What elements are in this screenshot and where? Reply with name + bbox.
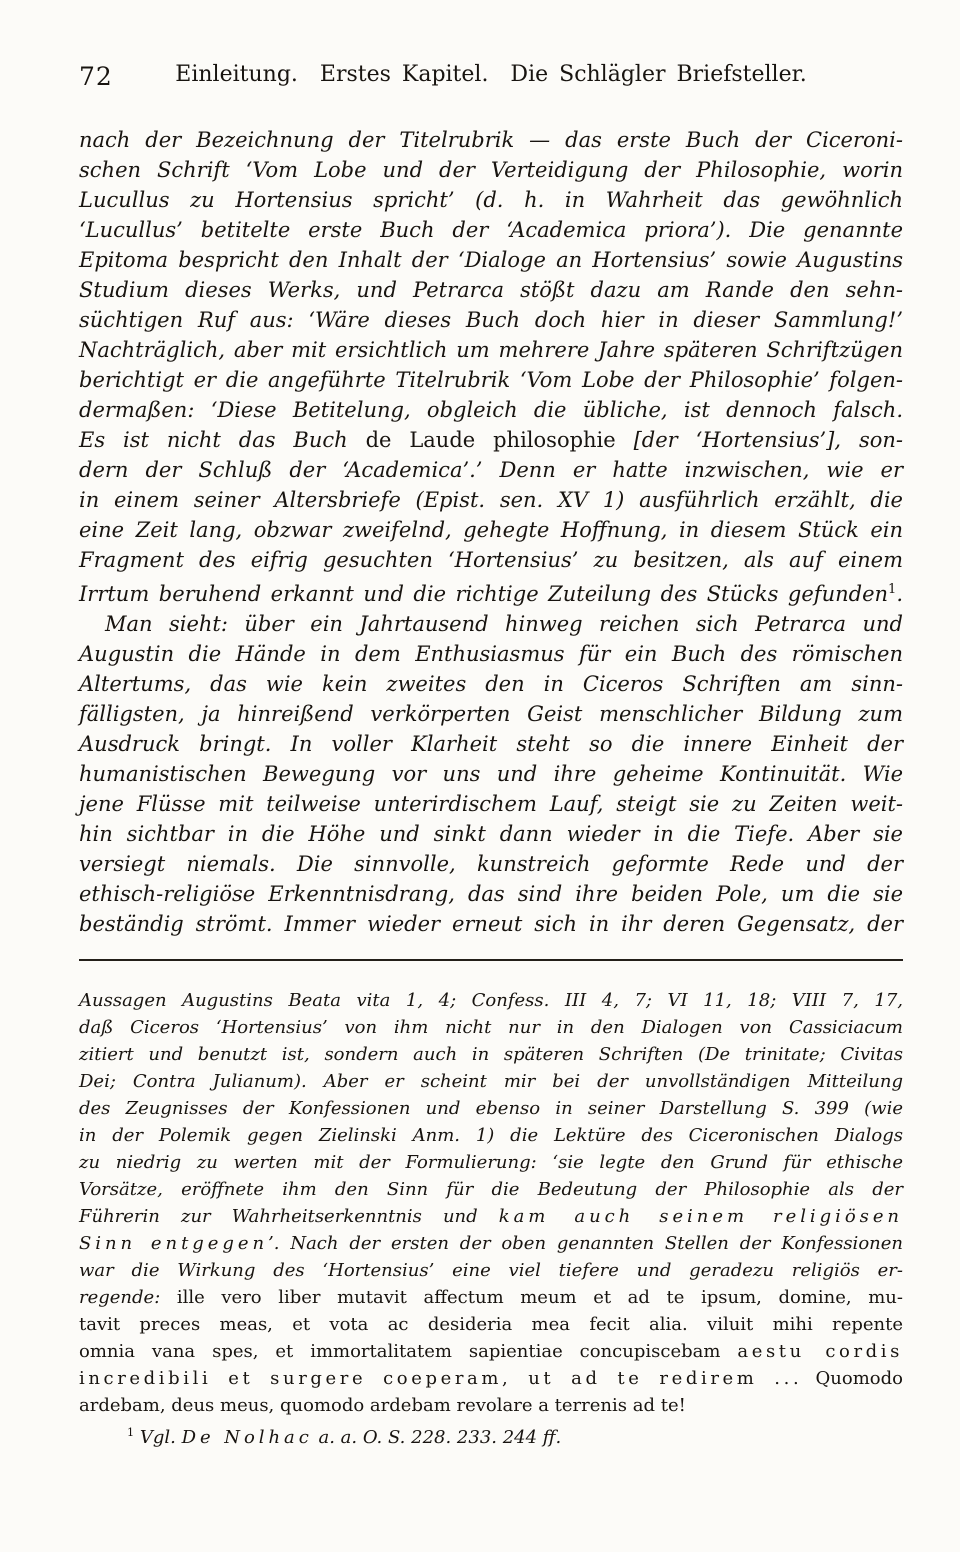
text-segment: nach der Bezeichnung der Titelrubrik — d…	[79, 128, 903, 152]
text-segment: a. a. O. S. 228. 233. 244 ff.	[313, 1427, 562, 1448]
text-line: versiegt niemals. Die sinnvolle, kunstre…	[79, 849, 903, 879]
text-line: ethisch-religiöse Erkenntnisdrang, das s…	[79, 879, 903, 909]
footnote-text: Aussagen Augustins Beata vita 1, 4; Conf…	[79, 987, 903, 1451]
running-header: Einleitung. Erstes Kapitel. Die Schlägle…	[79, 62, 903, 87]
text-segment: tavit preces meas, et vota ac desideria …	[79, 1314, 903, 1335]
text-line: 1 Vgl. De Nolhac a. a. O. S. 228. 233. 2…	[79, 1419, 903, 1451]
text-segment: hin sichtbar in die Höhe und sinkt dann …	[79, 822, 903, 846]
text-segment: versiegt niemals. Die sinnvolle, kunstre…	[79, 852, 903, 876]
text-segment: Man sieht: über ein Jahrtausend hinweg r…	[105, 612, 903, 636]
text-line: Epitoma bespricht den Inhalt der ‘Dialog…	[79, 245, 903, 275]
text-segment: Fragment des eifrig gesuchten ‘Hortensiu…	[79, 548, 903, 572]
text-line: dern der Schluß der ‘Academica’.’ Denn e…	[79, 455, 903, 485]
text-line: Irrtum beruhend erkannt und die richtige…	[79, 575, 903, 609]
text-segment: zitiert und benutzt ist, sondern auch in…	[79, 1044, 903, 1065]
text-line: Es ist nicht das Buch de Laude philosoph…	[79, 425, 903, 455]
text-segment: eine Zeit lang, obzwar zweifelnd, gehegt…	[79, 518, 903, 542]
text-line: ardebam, deus meus, quomodo ardebam revo…	[79, 1392, 903, 1419]
text-line: war die Wirkung des ‘Hortensius’ eine vi…	[79, 1257, 903, 1284]
text-segment: in der Polemik gegen Zielinski Anm. 1) d…	[79, 1125, 903, 1146]
text-segment: Ausdruck bringt. In voller Klarheit steh…	[79, 732, 903, 756]
text-segment: humanistischen Bewegung vor uns und ihre…	[79, 762, 903, 786]
text-line: hin sichtbar in die Höhe und sinkt dann …	[79, 819, 903, 849]
text-segment: beständig strömt. Immer wieder erneut si…	[79, 912, 903, 936]
text-line: omnia vana spes, et immortalitatem sapie…	[79, 1338, 903, 1365]
text-segment: Dei; Contra Julianum). Aber er scheint m…	[79, 1071, 903, 1092]
text-line: humanistischen Bewegung vor uns und ihre…	[79, 759, 903, 789]
text-segment: jene Flüsse mit teilweise unterirdischem…	[79, 792, 903, 816]
text-line: dermaßen: ‘Diese Betitelung, obgleich di…	[79, 395, 903, 425]
text-segment: ardebam, deus meus, quomodo ardebam revo…	[79, 1395, 686, 1416]
text-line: incredibili et surgere coeperam, ut ad t…	[79, 1365, 903, 1392]
text-segment: in einem seiner Altersbriefe (Epist. sen…	[79, 488, 903, 512]
text-line: Führerin zur Wahrheitserkenntnis und kam…	[79, 1203, 903, 1230]
text-line: nach der Bezeichnung der Titelrubrik — d…	[79, 125, 903, 155]
text-segment: ‘Lucullus’ betitelte erste Buch der ‘Aca…	[79, 218, 903, 242]
page-header: 72 Einleitung. Erstes Kapitel. Die Schlä…	[79, 62, 903, 92]
text-segment: ille vero liber mutavit affectum meum et…	[177, 1287, 903, 1308]
text-segment: ’. Nach der ersten der oben genannten St…	[268, 1233, 903, 1254]
text-segment: Lucullus zu Hortensius spricht’ (d. h. i…	[79, 188, 903, 212]
text-line: Studium dieses Werks, und Petrarca stößt…	[79, 275, 903, 305]
text-line: tavit preces meas, et vota ac desideria …	[79, 1311, 903, 1338]
text-line: Man sieht: über ein Jahrtausend hinweg r…	[79, 609, 903, 639]
text-line: Vorsätze, eröffnete ihm den Sinn für die…	[79, 1176, 903, 1203]
text-segment: kam auch seinem religiösen	[499, 1206, 903, 1227]
text-segment: ethisch-religiöse Erkenntnisdrang, das s…	[79, 882, 903, 906]
text-segment: fälligsten, ja hinreißend verkörperten G…	[79, 702, 903, 726]
text-segment: Sinn entgegen	[79, 1233, 268, 1254]
body-text: nach der Bezeichnung der Titelrubrik — d…	[79, 125, 903, 939]
text-segment: Führerin zur Wahrheitserkenntnis und	[79, 1206, 499, 1227]
text-segment: Augustin die Hände in dem Enthusiasmus f…	[79, 642, 903, 666]
text-segment: Altertums, das wie kein zweites den in C…	[79, 672, 903, 696]
text-segment: Quomodo	[802, 1368, 903, 1389]
text-line: Nachträglich, aber mit ersichtlich um me…	[79, 335, 903, 365]
text-segment: dern der Schluß der ‘Academica’.’ Denn e…	[79, 458, 903, 482]
text-segment: De Nolhac	[182, 1427, 313, 1448]
page-number: 72	[79, 62, 113, 91]
text-line: des Zeugnisses der Konfessionen und eben…	[79, 1095, 903, 1122]
text-segment: Aussagen Augustins Beata vita 1, 4; Conf…	[79, 990, 903, 1011]
text-segment: .	[896, 582, 903, 606]
text-segment: Irrtum beruhend erkannt und die richtige…	[79, 582, 888, 606]
text-line: Altertums, das wie kein zweites den in C…	[79, 669, 903, 699]
text-segment: war die Wirkung des ‘Hortensius’ eine vi…	[79, 1260, 903, 1281]
text-segment: Vgl.	[134, 1427, 181, 1448]
text-segment: Vorsätze, eröffnete ihm den Sinn für die…	[79, 1179, 903, 1200]
text-line: ‘Lucullus’ betitelte erste Buch der ‘Aca…	[79, 215, 903, 245]
text-line: daß Ciceros ‘Hortensius’ von ihm nicht n…	[79, 1014, 903, 1041]
book-page: 72 Einleitung. Erstes Kapitel. Die Schlä…	[0, 0, 960, 1552]
text-segment: de Laude philosophie	[366, 428, 616, 452]
text-line: schen Schrift ‘Vom Lobe und der Verteidi…	[79, 155, 903, 185]
text-segment: berichtigt er die angeführte Titelrubrik…	[79, 368, 903, 392]
text-segment: [der ‘Hortensius’], son-	[616, 428, 903, 452]
text-line: Dei; Contra Julianum). Aber er scheint m…	[79, 1068, 903, 1095]
text-segment: aestu cordis	[737, 1341, 903, 1362]
text-segment: Nachträglich, aber mit ersichtlich um me…	[79, 338, 903, 362]
text-segment: incredibili et surgere coeperam, ut ad t…	[79, 1368, 802, 1389]
text-line: in der Polemik gegen Zielinski Anm. 1) d…	[79, 1122, 903, 1149]
text-segment: zu niedrig zu werten mit der Formulierun…	[79, 1152, 903, 1173]
text-line: zu niedrig zu werten mit der Formulierun…	[79, 1149, 903, 1176]
text-line: berichtigt er die angeführte Titelrubrik…	[79, 365, 903, 395]
text-line: Sinn entgegen’. Nach der ersten der oben…	[79, 1230, 903, 1257]
text-line: Augustin die Hände in dem Enthusiasmus f…	[79, 639, 903, 669]
text-line: eine Zeit lang, obzwar zweifelnd, gehegt…	[79, 515, 903, 545]
text-segment: schen Schrift ‘Vom Lobe und der Verteidi…	[79, 158, 903, 182]
text-line: süchtigen Ruf aus: ‘Wäre dieses Buch doc…	[79, 305, 903, 335]
text-segment: omnia vana spes, et immortalitatem sapie…	[79, 1341, 737, 1362]
text-segment: Epitoma bespricht den Inhalt der ‘Dialog…	[79, 248, 903, 272]
text-line: zitiert und benutzt ist, sondern auch in…	[79, 1041, 903, 1068]
text-segment: daß Ciceros ‘Hortensius’ von ihm nicht n…	[79, 1017, 903, 1038]
text-segment: Studium dieses Werks, und Petrarca stößt…	[79, 278, 903, 302]
text-segment: süchtigen Ruf aus: ‘Wäre dieses Buch doc…	[79, 308, 903, 332]
text-line: beständig strömt. Immer wieder erneut si…	[79, 909, 903, 939]
text-segment: des Zeugnisses der Konfessionen und eben…	[79, 1098, 903, 1119]
footnote-separator	[79, 959, 903, 961]
text-line: regende: ille vero liber mutavit affectu…	[79, 1284, 903, 1311]
text-segment: Es ist nicht das Buch	[79, 428, 366, 452]
text-line: Aussagen Augustins Beata vita 1, 4; Conf…	[79, 987, 903, 1014]
text-line: fälligsten, ja hinreißend verkörperten G…	[79, 699, 903, 729]
text-line: jene Flüsse mit teilweise unterirdischem…	[79, 789, 903, 819]
text-line: Ausdruck bringt. In voller Klarheit steh…	[79, 729, 903, 759]
text-segment: dermaßen: ‘Diese Betitelung, obgleich di…	[79, 398, 903, 422]
text-line: in einem seiner Altersbriefe (Epist. sen…	[79, 485, 903, 515]
text-line: Fragment des eifrig gesuchten ‘Hortensiu…	[79, 545, 903, 575]
text-segment: regende:	[79, 1287, 177, 1308]
text-line: Lucullus zu Hortensius spricht’ (d. h. i…	[79, 185, 903, 215]
